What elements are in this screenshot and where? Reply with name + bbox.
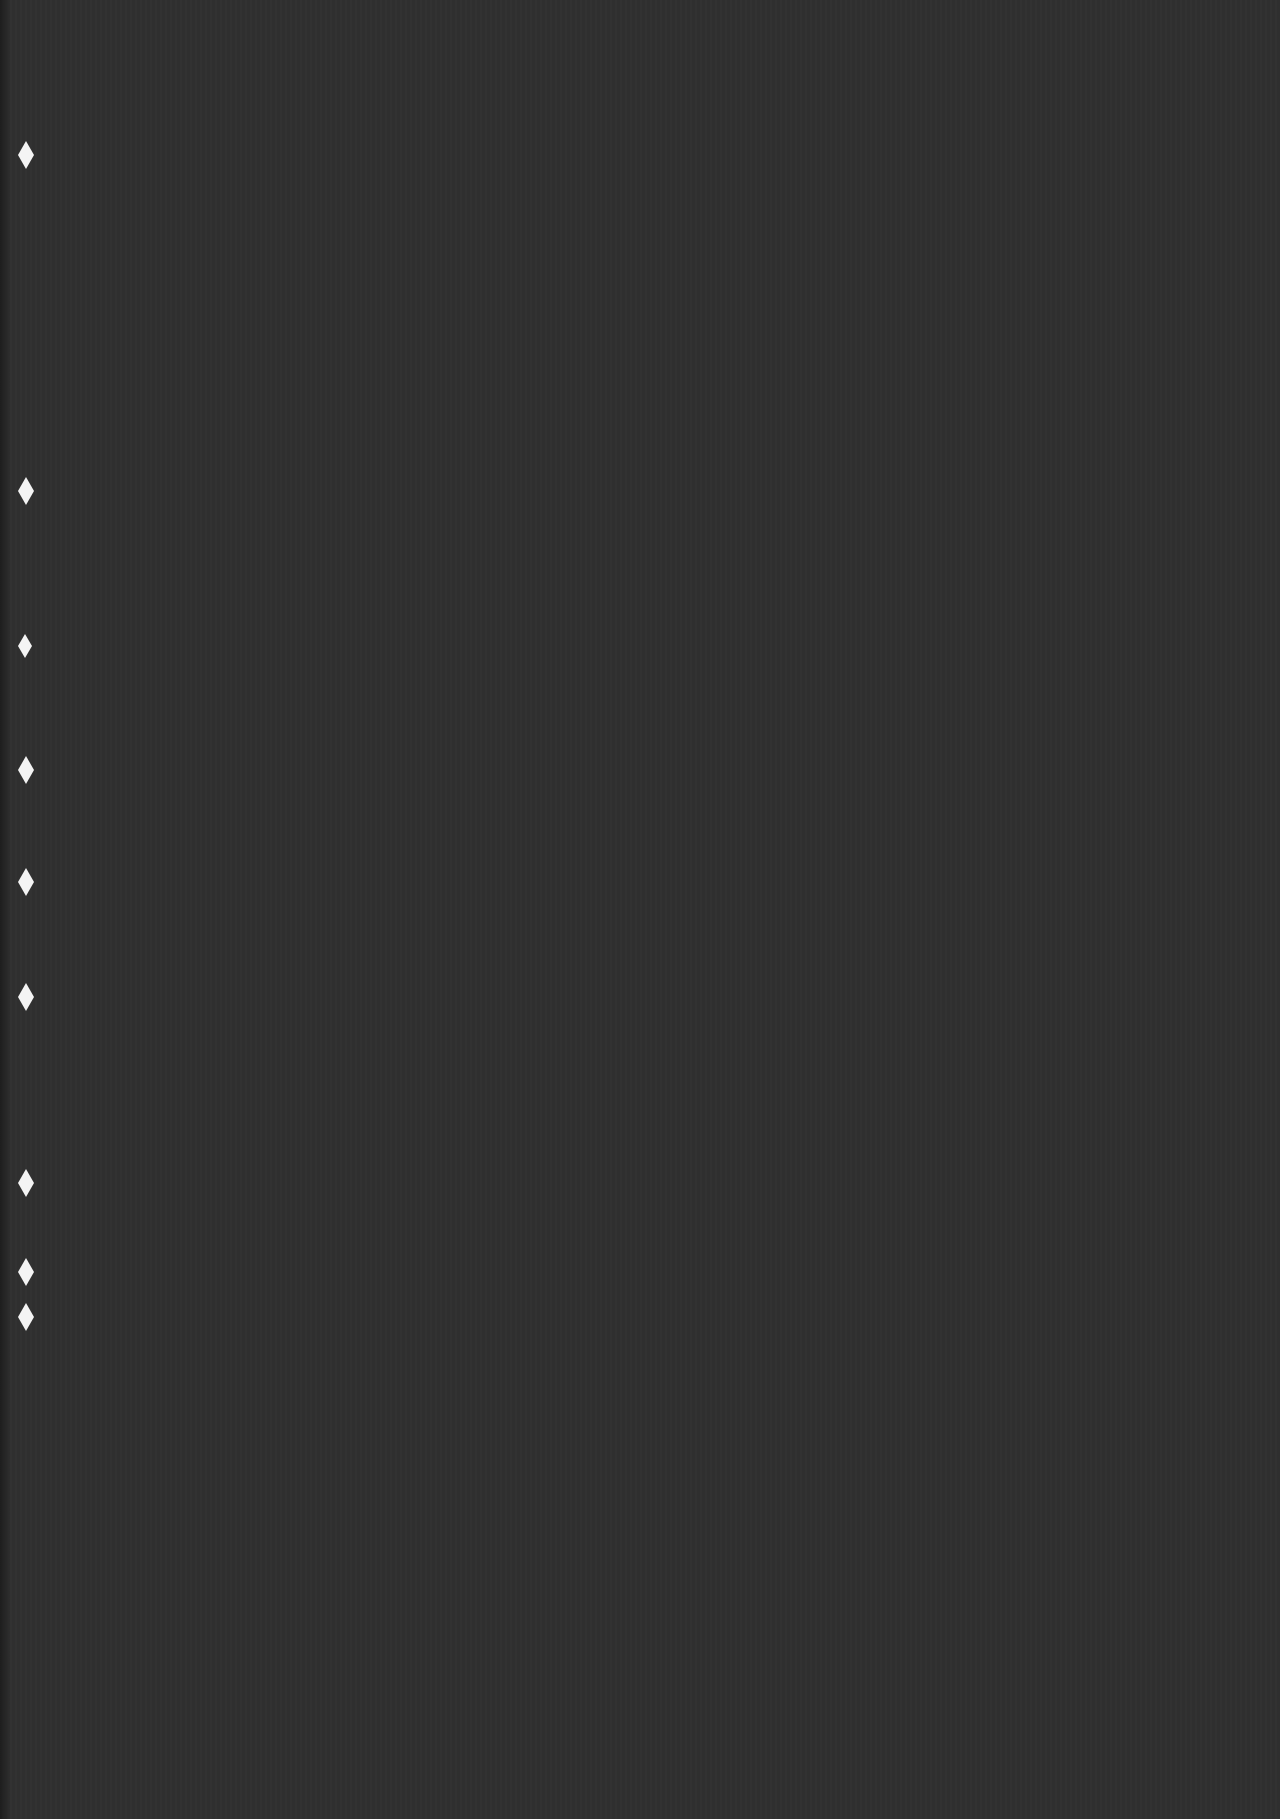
diamond-icon (18, 868, 34, 896)
warning-3 (16, 867, 34, 896)
signature (16, 982, 34, 1011)
diamond-icon (18, 1258, 34, 1286)
note-6 (16, 1302, 34, 1331)
diamond-icon (18, 1303, 34, 1331)
diamond-icon (18, 477, 34, 505)
diamond-icon (18, 1169, 34, 1197)
warning-1 (16, 634, 32, 659)
diamond-icon (18, 983, 34, 1011)
warning-2 (16, 755, 34, 784)
statement-2 (16, 140, 34, 169)
binding-edge (0, 0, 10, 1819)
diamond-icon (18, 141, 34, 169)
diamond-icon (18, 634, 32, 658)
page-background (0, 0, 1280, 1819)
diamond-icon (18, 756, 34, 784)
note-3 (16, 1168, 34, 1197)
note-5 (16, 1257, 34, 1286)
statement-5 (16, 476, 34, 505)
